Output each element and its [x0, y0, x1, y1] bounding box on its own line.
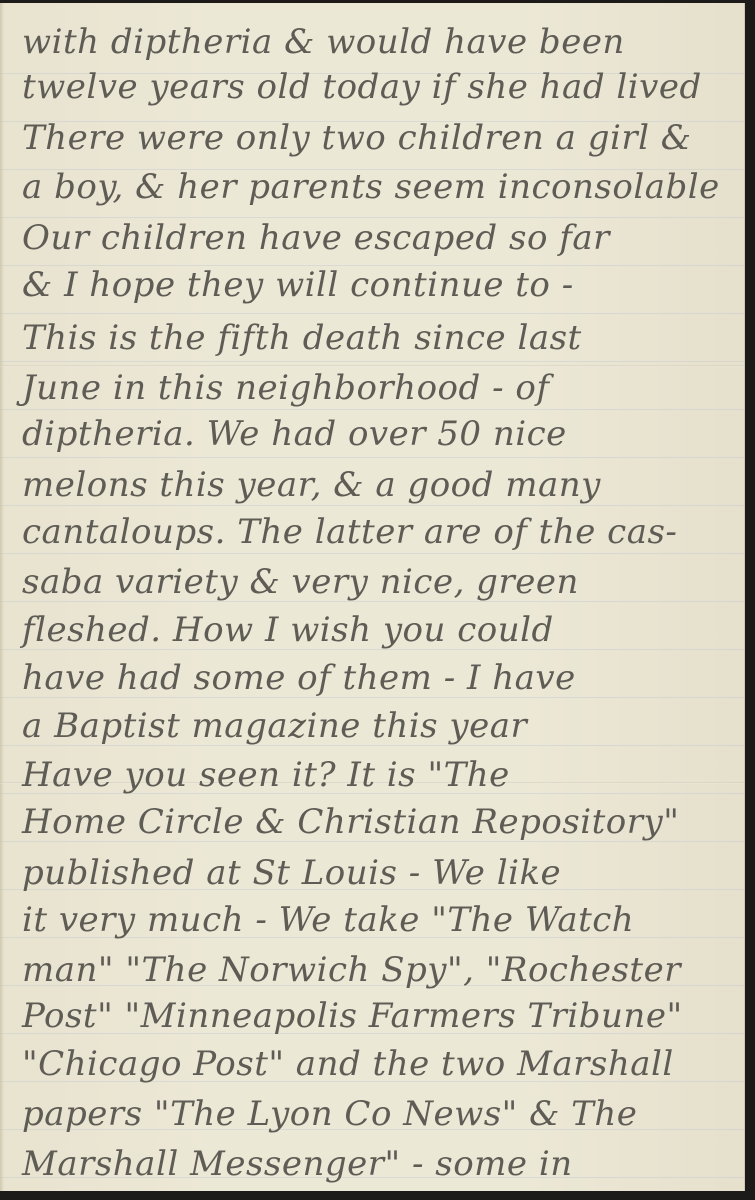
handwritten-line: This is the fifth death since last	[22, 321, 582, 355]
handwritten-line: cantaloups. The latter are of the cas-	[22, 515, 677, 549]
handwritten-line: June in this neighborhood - of	[22, 371, 549, 405]
handwritten-line: melons this year, & a good many	[22, 468, 601, 502]
handwritten-line: There were only two children a girl &	[22, 121, 692, 155]
handwritten-line: man" "The Norwich Spy", "Rochester	[22, 953, 681, 987]
handwritten-line: Post" "Minneapolis Farmers Tribune"	[22, 999, 683, 1033]
handwritten-line: saba variety & very nice, green	[22, 565, 579, 599]
handwritten-line: with diptheria & would have been	[22, 25, 625, 59]
handwritten-line: fleshed. How I wish you could	[22, 613, 554, 647]
handwritten-line: have had some of them - I have	[22, 661, 576, 695]
handwritten-line: a Baptist magazine this year	[22, 709, 527, 743]
handwritten-line: Our children have escaped so far	[22, 221, 610, 255]
handwritten-line: "Chicago Post" and the two Marshall	[22, 1047, 674, 1081]
handwritten-line: & I hope they will continue to -	[22, 268, 574, 302]
handwritten-line: Have you seen it? It is "The	[22, 758, 510, 792]
handwritten-line: diptheria. We had over 50 nice	[22, 417, 567, 451]
handwritten-line: published at St Louis - We like	[22, 856, 561, 890]
handwritten-line: twelve years old today if she had lived	[22, 70, 702, 104]
page-edge-shadow	[0, 3, 4, 1191]
paper-fold-crease	[0, 365, 744, 367]
handwritten-line: Marshall Messenger" - some in	[22, 1147, 573, 1181]
handwritten-line: a boy, & her parents seem inconsolable	[22, 170, 720, 204]
letter-page: with diptheria & would have been twelve …	[0, 3, 745, 1191]
handwritten-line: Home Circle & Christian Repository"	[22, 805, 679, 839]
scan-frame: with diptheria & would have been twelve …	[0, 0, 755, 1200]
handwritten-line: it very much - We take "The Watch	[22, 903, 634, 937]
handwritten-line: papers "The Lyon Co News" & The	[22, 1097, 637, 1131]
